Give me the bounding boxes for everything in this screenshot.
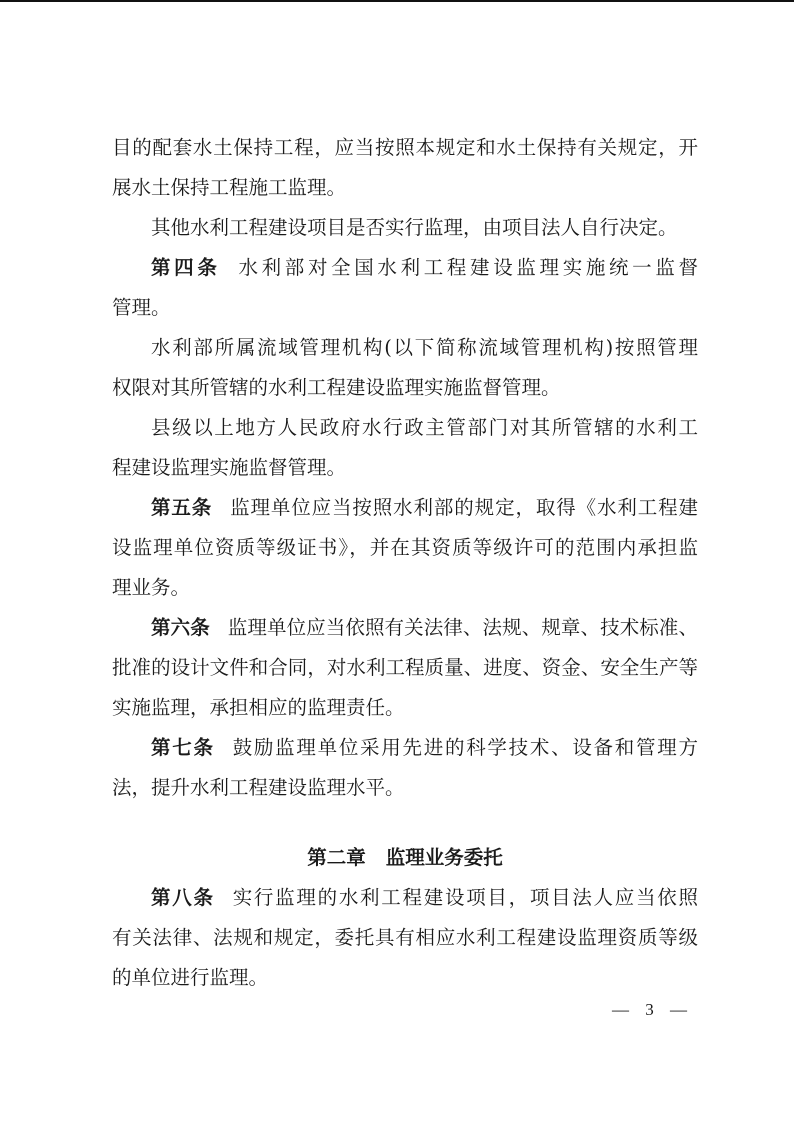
article-7-line: 第七条鼓励监理单位采用先进的科学技术、设备和管理方	[112, 728, 698, 768]
text-line: 有关法律、法规和规定，委托具有相应水利工程建设监理资质等级	[112, 918, 698, 958]
text-span: 监理单位应当按照水利部的规定，取得《水利工程建	[230, 496, 698, 519]
article-8-label: 第八条	[151, 886, 215, 909]
chapter-number: 第二章	[307, 846, 366, 869]
document-page: 目的配套水土保持工程，应当按照本规定和水土保持有关规定，开 展水土保持工程施工监…	[112, 128, 698, 998]
section-spacer	[112, 808, 698, 838]
text-line: 批准的设计文件和合同，对水利工程质量、进度、资金、安全生产等	[112, 648, 698, 688]
article-4-label: 第四条	[151, 256, 220, 279]
article-6-line: 第六条监理单位应当依照有关法律、法规、规章、技术标准、	[112, 608, 698, 648]
page-top-border	[0, 0, 794, 2]
article-5-line: 第五条监理单位应当按照水利部的规定，取得《水利工程建	[112, 488, 698, 528]
chapter-title: 监理业务委托	[386, 846, 503, 869]
text-line: 实施监理，承担相应的监理责任。	[112, 688, 698, 728]
article-4-line: 第四条水利部对全国水利工程建设监理实施统一监督	[112, 248, 698, 288]
text-line: 县级以上地方人民政府水行政主管部门对其所管辖的水利工	[112, 408, 698, 448]
article-7-label: 第七条	[151, 736, 215, 759]
text-line: 展水土保持工程施工监理。	[112, 168, 698, 208]
text-span: 鼓励监理单位采用先进的科学技术、设备和管理方	[233, 736, 698, 759]
text-line: 的单位进行监理。	[112, 958, 698, 998]
text-line: 设监理单位资质等级证书》，并在其资质等级许可的范围内承担监	[112, 528, 698, 568]
text-line: 法，提升水利工程建设监理水平。	[112, 768, 698, 808]
text-line: 程建设监理实施监督管理。	[112, 448, 698, 488]
page-number: — 3 —	[612, 1000, 693, 1020]
text-line: 权限对其所管辖的水利工程建设监理实施监督管理。	[112, 368, 698, 408]
text-line: 管理。	[112, 288, 698, 328]
chapter-heading: 第二章监理业务委托	[112, 838, 698, 878]
text-line: 其他水利工程建设项目是否实行监理，由项目法人自行决定。	[112, 208, 698, 248]
article-5-label: 第五条	[151, 496, 212, 519]
text-line: 目的配套水土保持工程，应当按照本规定和水土保持有关规定，开	[112, 128, 698, 168]
text-span: 监理单位应当依照有关法律、法规、规章、技术标准、	[228, 616, 698, 639]
text-line: 水利部所属流域管理机构(以下简称流域管理机构)按照管理	[112, 328, 698, 368]
article-6-label: 第六条	[151, 616, 210, 639]
text-span: 实行监理的水利工程建设项目，项目法人应当依照	[233, 886, 698, 909]
article-8-line: 第八条实行监理的水利工程建设项目，项目法人应当依照	[112, 878, 698, 918]
text-line: 理业务。	[112, 568, 698, 608]
text-span: 水利部对全国水利工程建设监理实施统一监督	[238, 256, 698, 279]
